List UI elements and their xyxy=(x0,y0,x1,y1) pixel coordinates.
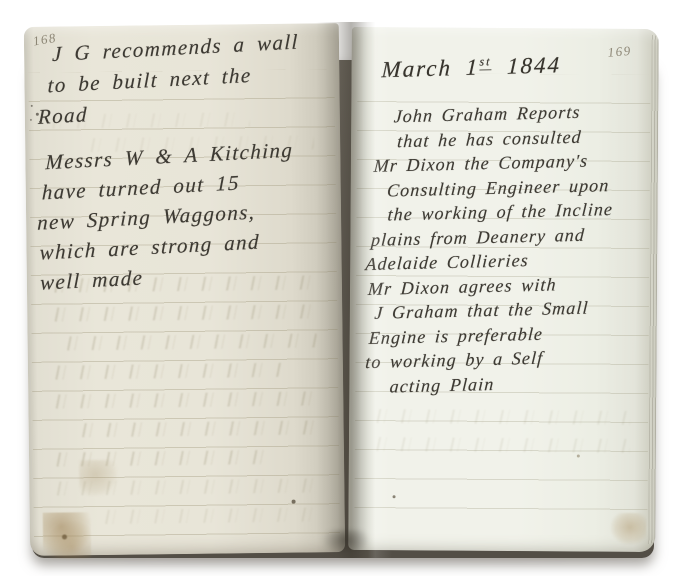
ink-showthrough xyxy=(77,420,318,437)
ink-showthrough xyxy=(371,409,630,425)
ink-speck xyxy=(292,500,296,504)
page-edge-stack xyxy=(648,35,659,544)
date-year: 1844 xyxy=(507,52,562,79)
ink-showthrough xyxy=(100,507,319,524)
ink-spatter-dot xyxy=(30,119,32,121)
ink-spatter-dot xyxy=(31,105,33,107)
ink-spatter-dot xyxy=(36,113,39,116)
stain xyxy=(610,513,646,545)
ink-speck xyxy=(393,495,396,498)
date-heading: March 1st 1844 xyxy=(381,52,562,83)
notebook-photo: 168 J G recommends a wall to be built ne… xyxy=(0,0,684,576)
right-page: 169 March 1st 1844 John Graham Reports t… xyxy=(348,27,659,552)
ink-showthrough xyxy=(51,450,264,467)
handwriting-entry: Messrs W & A Kitching have turned out 15… xyxy=(39,135,294,298)
handwriting-entry: John Graham Reports that he has consulte… xyxy=(367,99,620,399)
ink-showthrough xyxy=(50,363,283,380)
page-number: 169 xyxy=(607,43,632,61)
ink-spatter-dot xyxy=(39,121,41,123)
handwriting-line: acting Plain xyxy=(389,369,603,399)
date-day: March 1 xyxy=(381,55,480,83)
ink-showthrough xyxy=(50,391,317,408)
ink-showthrough xyxy=(371,437,630,453)
handwriting-entry: J G recommends a wall to be built next t… xyxy=(38,27,299,133)
ink-showthrough xyxy=(62,333,317,350)
ink-showthrough xyxy=(51,478,318,495)
stain xyxy=(43,512,92,559)
left-page: 168 J G recommends a wall to be built ne… xyxy=(24,23,345,556)
date-ordinal: st xyxy=(479,55,492,71)
ink-speck xyxy=(577,455,580,458)
ink-showthrough xyxy=(49,304,316,321)
